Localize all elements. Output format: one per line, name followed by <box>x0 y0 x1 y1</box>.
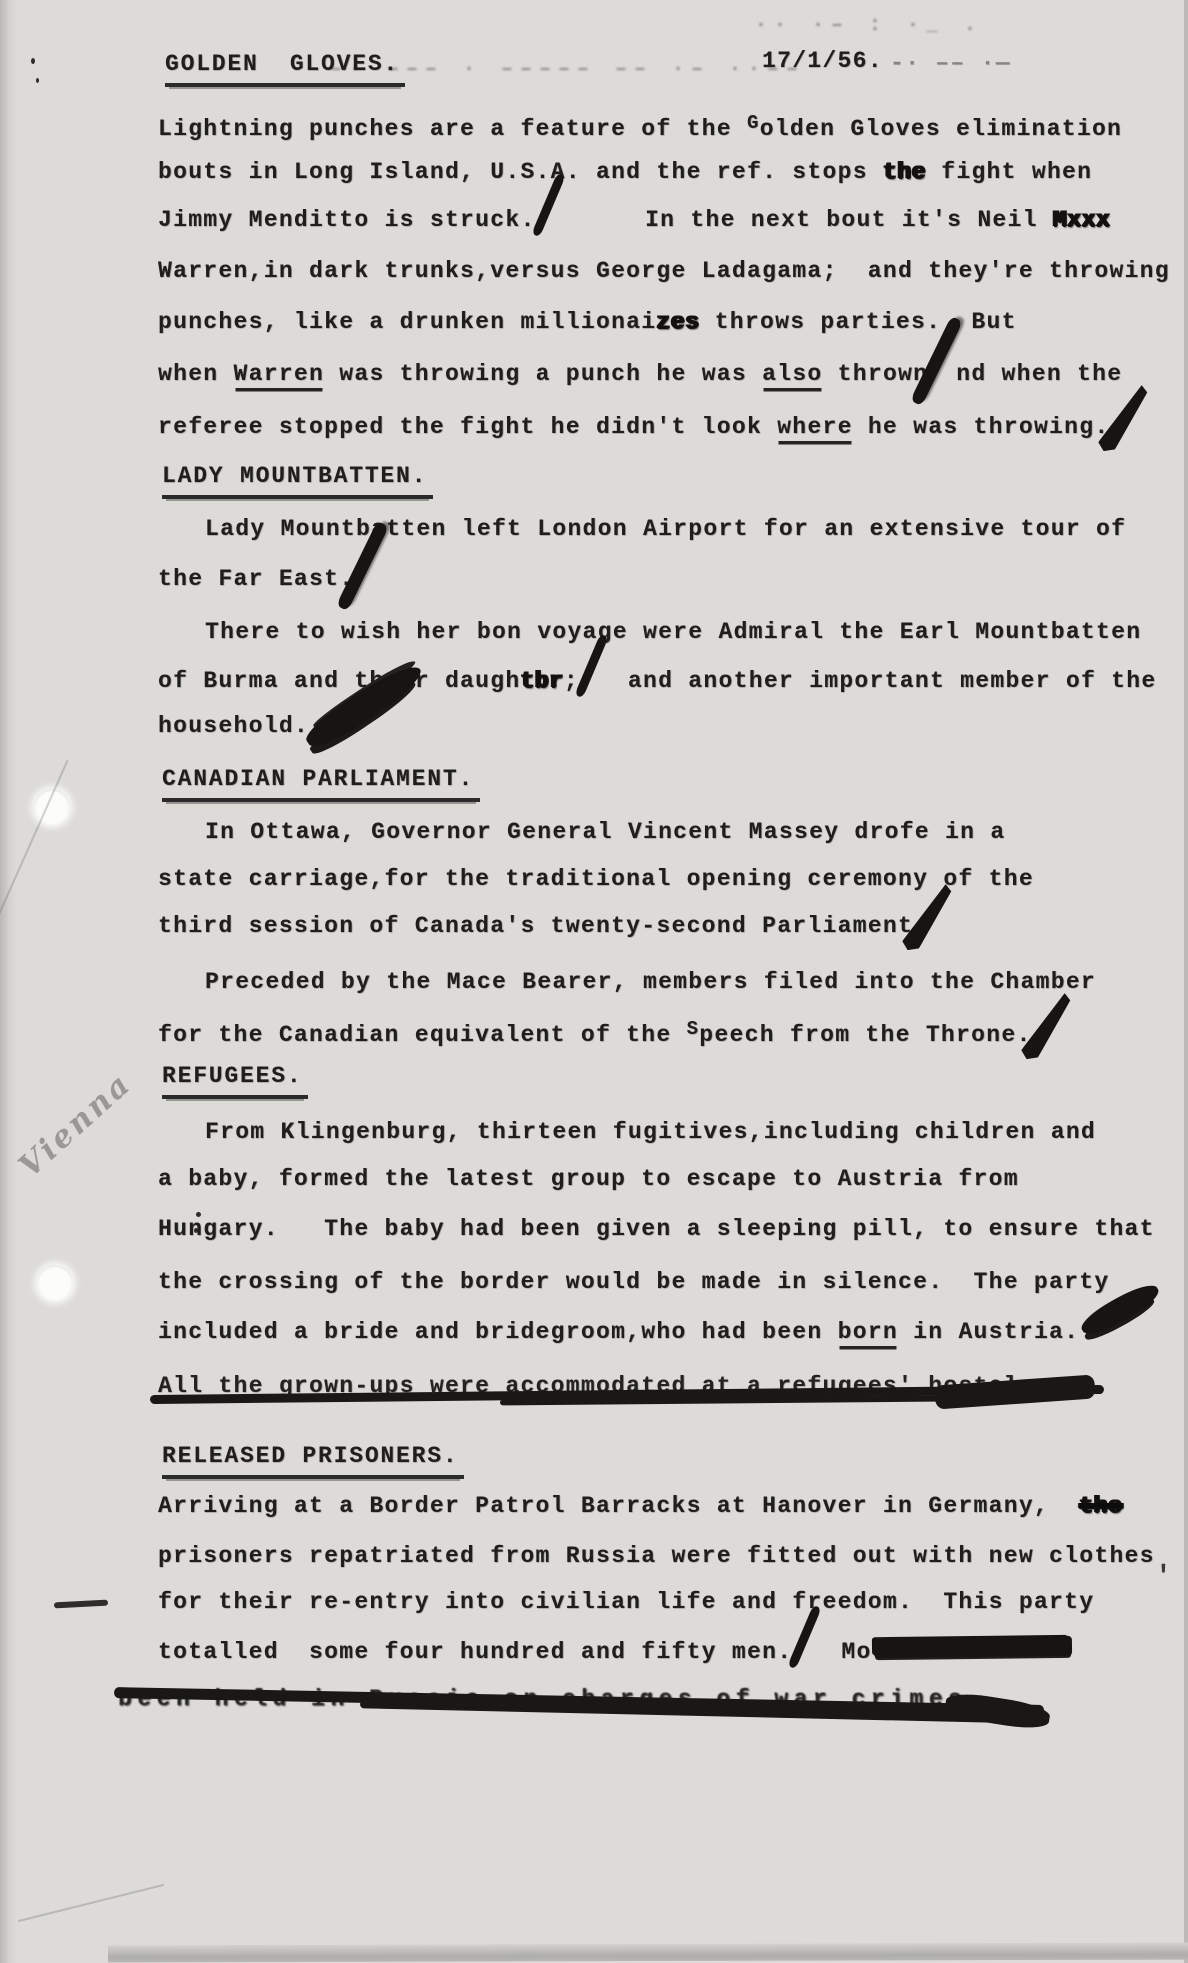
overtyped-word: zes <box>656 309 699 335</box>
script-line: Arriving at a Border Patrol Barracks at … <box>158 1492 1122 1520</box>
line-text: of Burma and their daugh <box>158 668 520 694</box>
raised-letter: S <box>687 1018 700 1040</box>
page-right-edge-shadow <box>1184 0 1188 1963</box>
ink-slash-mark <box>536 222 570 226</box>
line-text: was throwing a punch he was <box>324 361 762 387</box>
scanned-typescript-page: ·· ·– : ·_ . –· ––– · ––––– –– ·– ··–– G… <box>0 0 1188 1963</box>
section-heading-golden-gloves: GOLDEN GLOVES. <box>165 50 405 87</box>
section-heading-released-prisoners: RELEASED PRISONERS. <box>162 1442 464 1479</box>
line-text: In the next bout it's Neil <box>570 207 1053 233</box>
margin-dash-mark <box>54 1600 108 1609</box>
script-line: referee stopped the fight he didn't look… <box>158 413 1143 441</box>
line-text: Arriving at a Border Patrol Barracks at … <box>158 1493 1079 1519</box>
ink-slash-mark <box>928 376 956 380</box>
script-line: Warren,in dark trunks,versus George Lada… <box>158 257 1170 285</box>
script-line: prisoners repatriated from Russia were f… <box>158 1542 1155 1570</box>
line-text: a baby, formed the latest group to escap… <box>158 1166 1019 1192</box>
line-text: In Ottawa, Governor General Vincent Mass… <box>205 819 1005 845</box>
line-text: There to wish her bon voyage were Admira… <box>205 619 1141 645</box>
scan-bottom-shadow <box>108 1943 1188 1963</box>
line-text: Warren,in dark trunks,versus George Lada… <box>158 258 1170 284</box>
paper-crease <box>18 1884 164 1922</box>
line-text: Lightning punches are a feature of the <box>158 116 747 142</box>
line-text: the crossing of the border would be made… <box>158 1269 1109 1295</box>
line-text: prisoners repatriated from Russia were f… <box>158 1543 1155 1569</box>
script-line: In Ottawa, Governor General Vincent Mass… <box>205 818 1005 846</box>
script-line: included a bride and bridegroom,who had … <box>158 1318 1087 1346</box>
marker-slash-mark <box>1109 429 1143 433</box>
line-text: bouts in Long Island, U.S.A. and the ref… <box>158 159 883 185</box>
ink-slash-mark <box>354 581 382 585</box>
script-line: for the Canadian equivalent of the Speec… <box>158 1015 1066 1049</box>
hand-underlined-word: born <box>838 1319 898 1346</box>
line-text: referee stopped the fight he didn't look <box>158 414 777 440</box>
line-text: Mo <box>826 1639 871 1665</box>
script-line: Preceded by the Mace Bearer, members fil… <box>205 968 1096 996</box>
line-text: nd when the <box>956 361 1122 387</box>
inserted-apostrophe-mark: ' <box>1155 1562 1172 1593</box>
script-line: Jimmy Menditto is struck. In the next bo… <box>158 206 1110 234</box>
script-line: third session of Canada's twenty-second … <box>158 912 947 940</box>
script-line: of Burma and their daughtbr; and another… <box>158 667 1156 695</box>
line-text: Preceded by the Mace Bearer, members fil… <box>205 969 1096 995</box>
line-text: olden Gloves elimination <box>760 116 1122 142</box>
ink-blot <box>944 1690 1052 1732</box>
line-text: fight when <box>926 159 1092 185</box>
script-line: Lady Mountbatten left London Airport for… <box>205 515 1126 543</box>
marker-slash-mark <box>913 928 947 932</box>
hand-underlined-word: where <box>777 414 853 441</box>
ghost-carbon-text: ·· ·– : ·_ . <box>755 14 983 37</box>
line-text: when <box>158 361 234 387</box>
line-text: included a bride and bridegroom,who had … <box>158 1319 838 1345</box>
script-line: From Klingenburg, thirteen fugitives,inc… <box>205 1118 1096 1146</box>
script-line: a baby, formed the latest group to escap… <box>158 1165 1019 1193</box>
script-line: punches, like a drunken millionaizes thr… <box>158 308 1017 336</box>
script-line: the crossing of the border would be made… <box>158 1268 1109 1296</box>
section-heading-refugees: REFUGEES. <box>162 1062 308 1099</box>
line-text: in Austria. <box>898 1319 1079 1345</box>
line-text: totalled some four hundred and fifty men… <box>158 1639 792 1665</box>
line-text: household. <box>158 713 309 739</box>
obliterated-text-blot <box>872 1654 1074 1658</box>
hole-punch-bottom <box>37 1265 73 1301</box>
script-line: when Warren was throwing a punch he was … <box>158 360 1122 388</box>
ink-slash-mark <box>792 1654 826 1658</box>
date-stamp: 17/1/56. <box>762 47 883 75</box>
line-text: he was throwing. <box>853 414 1110 440</box>
section-heading-canadian-parliament: CANADIAN PARLIAMENT. <box>162 765 480 802</box>
page-left-edge-shadow <box>0 0 16 1963</box>
line-text: Lady Mountbatten left London Airport for… <box>205 516 1126 542</box>
ink-scribble-mark <box>309 728 319 732</box>
marker-slash-mark <box>1032 1037 1066 1041</box>
script-line: totalled some four hundred and fifty men… <box>158 1638 1074 1666</box>
script-line: bouts in Long Island, U.S.A. and the ref… <box>158 158 1092 186</box>
line-text: for the Canadian equivalent of the <box>158 1022 687 1048</box>
script-line: the Far East. <box>158 565 382 593</box>
ink-speck <box>31 58 35 64</box>
line-text: Jimmy Menditto is struck. <box>158 207 536 233</box>
pencil-margin-note: Vienna <box>12 1066 139 1185</box>
line-text: state carriage,for the traditional openi… <box>158 866 1034 892</box>
overtyped-word: Mxxx <box>1053 207 1111 233</box>
script-line: Hungary. The baby had been given a sleep… <box>158 1215 1155 1243</box>
line-text: thrown <box>823 361 929 387</box>
line-text: Hungary. The baby had been given a sleep… <box>158 1216 1155 1242</box>
script-line: for their re-entry into civilian life an… <box>158 1588 1094 1616</box>
ink-speck <box>36 78 39 83</box>
line-text: and another important member of the <box>613 668 1157 694</box>
hand-underlined-word: Warren <box>234 361 325 388</box>
line-text: From Klingenburg, thirteen fugitives,inc… <box>205 1119 1096 1145</box>
overtyped-word: tbr <box>520 668 563 694</box>
line-text: throws parties. But <box>700 309 1017 335</box>
script-line: household. <box>158 712 319 740</box>
script-line: state carriage,for the traditional openi… <box>158 865 1034 893</box>
section-heading-lady-mountbatten: LADY MOUNTBATTEN. <box>162 462 433 499</box>
script-line: There to wish her bon voyage were Admira… <box>205 618 1141 646</box>
overtyped-word: the <box>883 159 926 185</box>
line-text: third session of Canada's twenty-second … <box>158 913 913 939</box>
ink-scribble-mark <box>1079 1334 1087 1338</box>
date-trail-marks: -· –– ·— <box>890 49 1011 77</box>
line-text: the Far East. <box>158 566 354 592</box>
hand-underlined-word: also <box>762 361 822 388</box>
struck-overtyped-word: the <box>1079 1493 1122 1519</box>
script-line: Lightning punches are a feature of the G… <box>158 109 1122 143</box>
ink-slash-mark <box>579 683 613 687</box>
raised-letter: G <box>747 112 760 134</box>
line-text: peech from the Throne. <box>699 1022 1031 1048</box>
line-text: for their re-entry into civilian life an… <box>158 1589 1094 1615</box>
line-text: punches, like a drunken millionai <box>158 309 656 335</box>
